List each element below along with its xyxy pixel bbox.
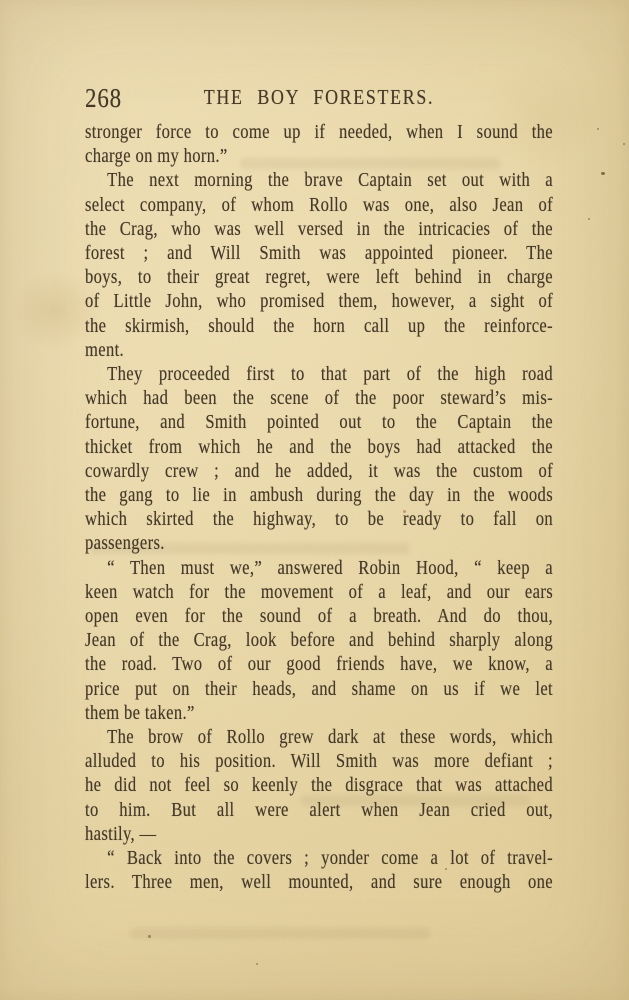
- book-page-scan: 268 THE BOY FORESTERS. stronger force to…: [0, 0, 629, 1000]
- paragraph: “ Back into the covers ; yonder come a l…: [85, 847, 553, 895]
- text-line: They proceeded first to that part of the…: [85, 363, 553, 387]
- paragraph: “ Then must we,” answered Robin Hood, “ …: [85, 557, 553, 726]
- text-line: of Little John, who promised them, howev…: [85, 290, 553, 314]
- paper-speck: [597, 128, 599, 130]
- text-line: passengers.: [85, 532, 553, 556]
- text-line: forest ; and Will Smith was appointed pi…: [85, 242, 553, 266]
- paper-speck: [601, 172, 605, 175]
- text-line: to him. But all were alert when Jean cri…: [85, 799, 553, 823]
- paper-speck: [256, 963, 258, 965]
- paper-speck: [148, 935, 151, 938]
- paper-speck: [588, 218, 590, 220]
- paragraph: The next morning the brave Captain set o…: [85, 169, 553, 363]
- text-line: them be taken.”: [85, 702, 553, 726]
- page-number: 268: [85, 87, 122, 109]
- show-through-mark: [130, 928, 430, 939]
- text-line: the Crag, who was well versed in the int…: [85, 218, 553, 242]
- text-line: The brow of Rollo grew dark at these wor…: [85, 726, 553, 750]
- text-line: ment.: [85, 339, 553, 363]
- text-line: hastily, —: [85, 823, 553, 847]
- text-line: which had been the scene of the poor ste…: [85, 387, 553, 411]
- text-line: alluded to his position. Will Smith was …: [85, 750, 553, 774]
- text-line: “ Back into the covers ; yonder come a l…: [85, 847, 553, 871]
- text-line: The next morning the brave Captain set o…: [85, 169, 553, 193]
- text-line: charge on my horn.”: [85, 145, 553, 169]
- text-line: lers. Three men, well mounted, and sure …: [85, 871, 553, 895]
- text-line: the gang to lie in ambush during the day…: [85, 484, 553, 508]
- text-line: thicket from which he and the boys had a…: [85, 436, 553, 460]
- paper-speck: [623, 143, 625, 145]
- text-line: boys, to their great regret, were left b…: [85, 266, 553, 290]
- text-line: stronger force to come up if needed, whe…: [85, 121, 553, 145]
- text-line: he did not feel so keenly the disgrace t…: [85, 774, 553, 798]
- paragraph: The brow of Rollo grew dark at these wor…: [85, 726, 553, 847]
- text-line: open even for the sound of a breath. And…: [85, 605, 553, 629]
- text-line: cowardly crew ; and he added, it was the…: [85, 460, 553, 484]
- paragraph: They proceeded first to that part of the…: [85, 363, 553, 557]
- text-line: keen watch for the movement of a leaf, a…: [85, 581, 553, 605]
- text-line: price put on their heads, and shame on u…: [85, 678, 553, 702]
- text-line: the road. Two of our good friends have, …: [85, 653, 553, 677]
- paragraph: stronger force to come up if needed, whe…: [85, 121, 553, 169]
- running-title: THE BOY FORESTERS.: [85, 86, 553, 108]
- printed-content: 268 THE BOY FORESTERS. stronger force to…: [85, 86, 553, 896]
- text-line: select company, of whom Rollo was one, a…: [85, 194, 553, 218]
- page-header: 268 THE BOY FORESTERS.: [85, 86, 553, 108]
- text-line: “ Then must we,” answered Robin Hood, “ …: [85, 557, 553, 581]
- text-line: fortune, and Smith pointed out to the Ca…: [85, 411, 553, 435]
- text-line: which skirted the highway, to be ready t…: [85, 508, 553, 532]
- text-line: the skirmish, should the horn call up th…: [85, 315, 553, 339]
- body-text: stronger force to come up if needed, whe…: [85, 121, 553, 896]
- text-line: Jean of the Crag, look before and behind…: [85, 629, 553, 653]
